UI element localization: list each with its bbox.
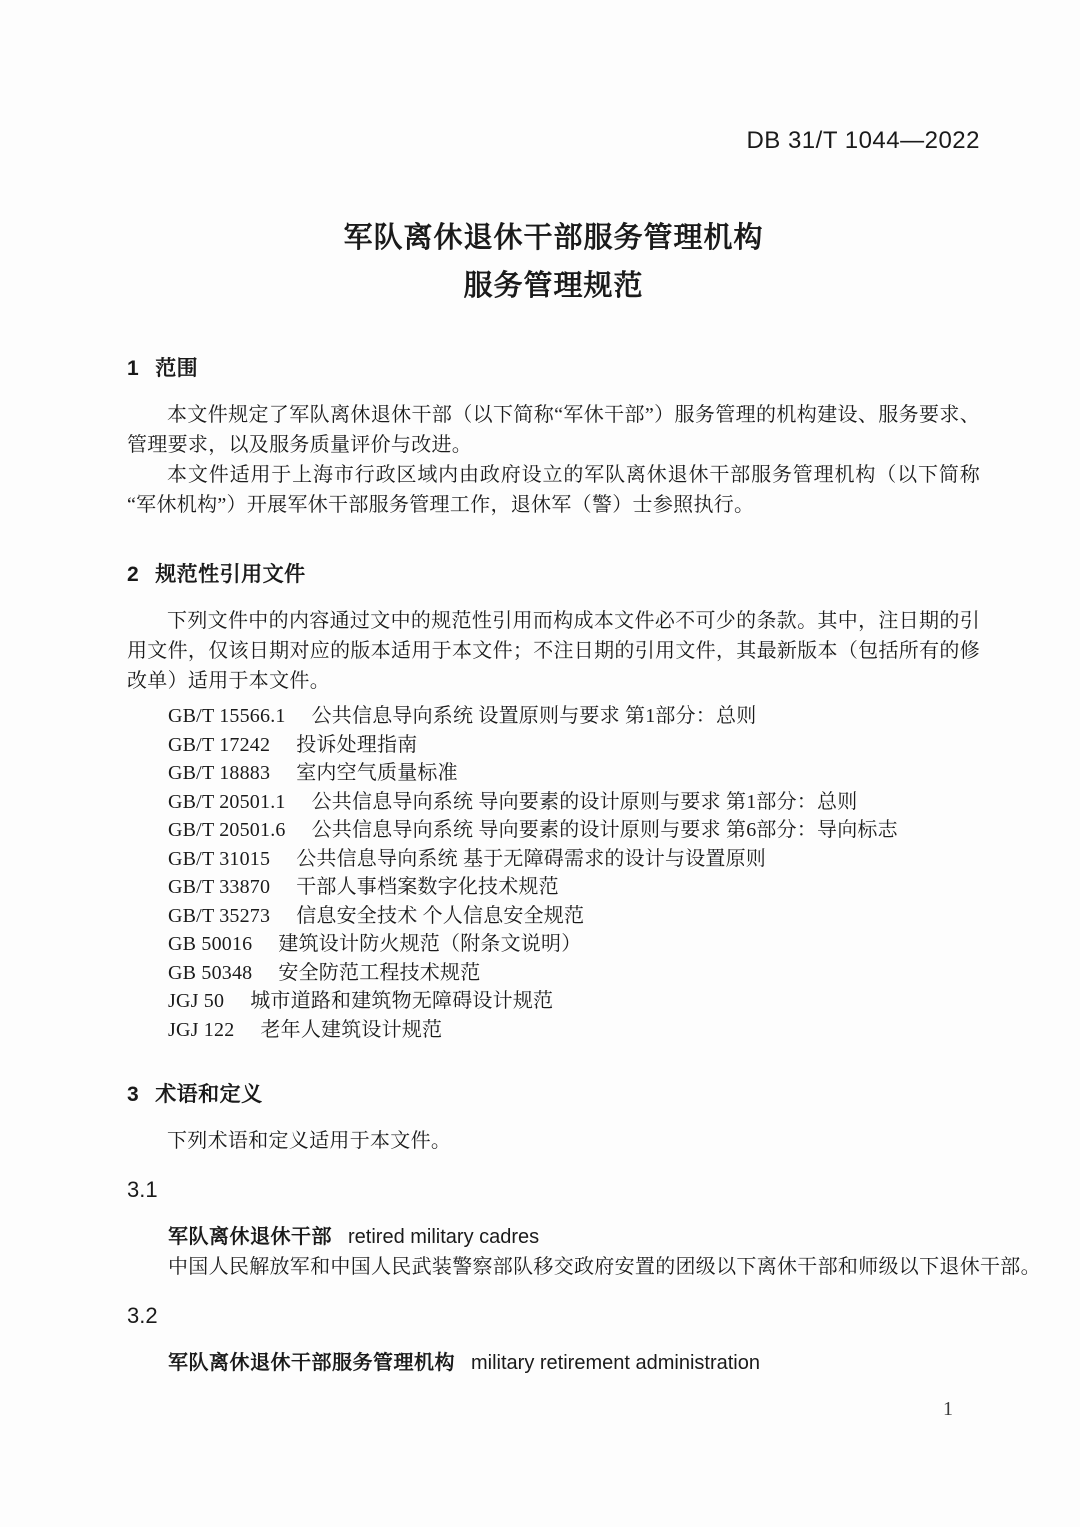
section-3-heading: 3术语和定义 — [127, 1080, 980, 1110]
reference-title: 公共信息导向系统 基于无障碍需求的设计与设置原则 — [296, 848, 766, 870]
reference-code: JGJ 122 — [168, 1016, 234, 1045]
term-chinese: 军队离休退休干部 — [168, 1226, 332, 1248]
reference-title: 公共信息导向系统 导向要素的设计原则与要求 第6部分：导向标志 — [312, 819, 898, 841]
section-3-number: 3 — [127, 1080, 139, 1110]
term-chinese: 军队离休退休干部服务管理机构 — [168, 1352, 455, 1374]
reference-item: JGJ 122老年人建筑设计规范 — [168, 1016, 980, 1045]
reference-item: GB 50016建筑设计防火规范（附条文说明） — [168, 930, 980, 959]
reference-code: GB/T 20501.6 — [168, 816, 286, 845]
standard-document-page: DB 31/T 1044—2022 军队离休退休干部服务管理机构 服务管理规范 … — [0, 0, 1080, 1527]
clause-number-3-1: 3.1 — [127, 1176, 980, 1204]
reference-title: 公共信息导向系统 设置原则与要求 第1部分：总则 — [312, 705, 757, 727]
section-1-number: 1 — [127, 354, 139, 384]
reference-code: GB 50348 — [168, 959, 252, 988]
section-3-heading-text: 术语和定义 — [155, 1083, 263, 1106]
section-1-heading: 1范围 — [127, 354, 980, 384]
term-english: military retirement administration — [471, 1352, 760, 1374]
section-3-intro: 下列术语和定义适用于本文件。 — [127, 1126, 980, 1156]
reference-item: GB/T 20501.6公共信息导向系统 导向要素的设计原则与要求 第6部分：导… — [168, 816, 980, 845]
term-definition: 中国人民解放军和中国人民武装警察部队移交政府安置的团级以下离休干部和师级以下退休… — [168, 1252, 980, 1282]
reference-title: 城市道路和建筑物无障碍设计规范 — [250, 990, 553, 1012]
reference-code: GB/T 20501.1 — [168, 788, 286, 817]
section-1-heading-text: 范围 — [155, 357, 198, 380]
document-title-line1: 军队离休退休干部服务管理机构 — [127, 214, 980, 262]
reference-item: GB/T 31015公共信息导向系统 基于无障碍需求的设计与设置原则 — [168, 845, 980, 874]
section-2-heading-text: 规范性引用文件 — [155, 563, 306, 586]
reference-code: GB/T 17242 — [168, 731, 270, 760]
reference-title: 安全防范工程技术规范 — [278, 962, 480, 984]
reference-code: GB/T 33870 — [168, 873, 270, 902]
reference-item: GB/T 17242投诉处理指南 — [168, 731, 980, 760]
reference-item: GB/T 20501.1公共信息导向系统 导向要素的设计原则与要求 第1部分：总… — [168, 788, 980, 817]
reference-title: 投诉处理指南 — [296, 734, 417, 756]
reference-item: GB/T 15566.1公共信息导向系统 设置原则与要求 第1部分：总则 — [168, 702, 980, 731]
reference-code: GB/T 18883 — [168, 759, 270, 788]
reference-item: GB/T 18883室内空气质量标准 — [168, 759, 980, 788]
section-1-paragraph-1: 本文件规定了军队离休退休干部（以下简称“军休干部”）服务管理的机构建设、服务要求… — [127, 400, 980, 460]
reference-item: GB/T 35273信息安全技术 个人信息安全规范 — [168, 902, 980, 931]
clause-number-3-2: 3.2 — [127, 1302, 980, 1330]
reference-code: GB 50016 — [168, 930, 252, 959]
reference-title: 老年人建筑设计规范 — [260, 1019, 442, 1041]
reference-item: GB/T 33870干部人事档案数字化技术规范 — [168, 873, 980, 902]
reference-code: GB/T 35273 — [168, 902, 270, 931]
section-1-paragraph-2: 本文件适用于上海市行政区域内由政府设立的军队离休退休干部服务管理机构（以下简称“… — [127, 460, 980, 520]
doc-code: DB 31/T 1044—2022 — [746, 127, 980, 154]
normative-references-list: GB/T 15566.1公共信息导向系统 设置原则与要求 第1部分：总则 GB/… — [127, 702, 980, 1044]
reference-title: 室内空气质量标准 — [296, 762, 458, 784]
document-header: DB 31/T 1044—2022 — [127, 126, 980, 156]
section-2-heading: 2规范性引用文件 — [127, 560, 980, 590]
reference-title: 信息安全技术 个人信息安全规范 — [296, 905, 584, 927]
reference-title: 公共信息导向系统 导向要素的设计原则与要求 第1部分：总则 — [312, 791, 858, 813]
reference-code: JGJ 50 — [168, 987, 224, 1016]
document-title: 军队离休退休干部服务管理机构 服务管理规范 — [127, 214, 980, 310]
reference-code: GB/T 15566.1 — [168, 702, 286, 731]
reference-code: GB/T 31015 — [168, 845, 270, 874]
term-english: retired military cadres — [348, 1226, 539, 1248]
page-content: DB 31/T 1044—2022 军队离休退休干部服务管理机构 服务管理规范 … — [127, 0, 980, 1378]
reference-item: GB 50348安全防范工程技术规范 — [168, 959, 980, 988]
term-entry: 军队离休退休干部服务管理机构military retirement admini… — [168, 1348, 980, 1378]
term-entry: 军队离休退休干部retired military cadres — [168, 1222, 980, 1252]
document-title-line2: 服务管理规范 — [127, 262, 980, 310]
reference-title: 干部人事档案数字化技术规范 — [296, 876, 559, 898]
reference-title: 建筑设计防火规范（附条文说明） — [278, 933, 581, 955]
reference-item: JGJ 50城市道路和建筑物无障碍设计规范 — [168, 987, 980, 1016]
section-2-number: 2 — [127, 560, 139, 590]
page-number: 1 — [943, 1398, 953, 1421]
section-2-intro: 下列文件中的内容通过文中的规范性引用而构成本文件必不可少的条款。其中，注日期的引… — [127, 606, 980, 696]
